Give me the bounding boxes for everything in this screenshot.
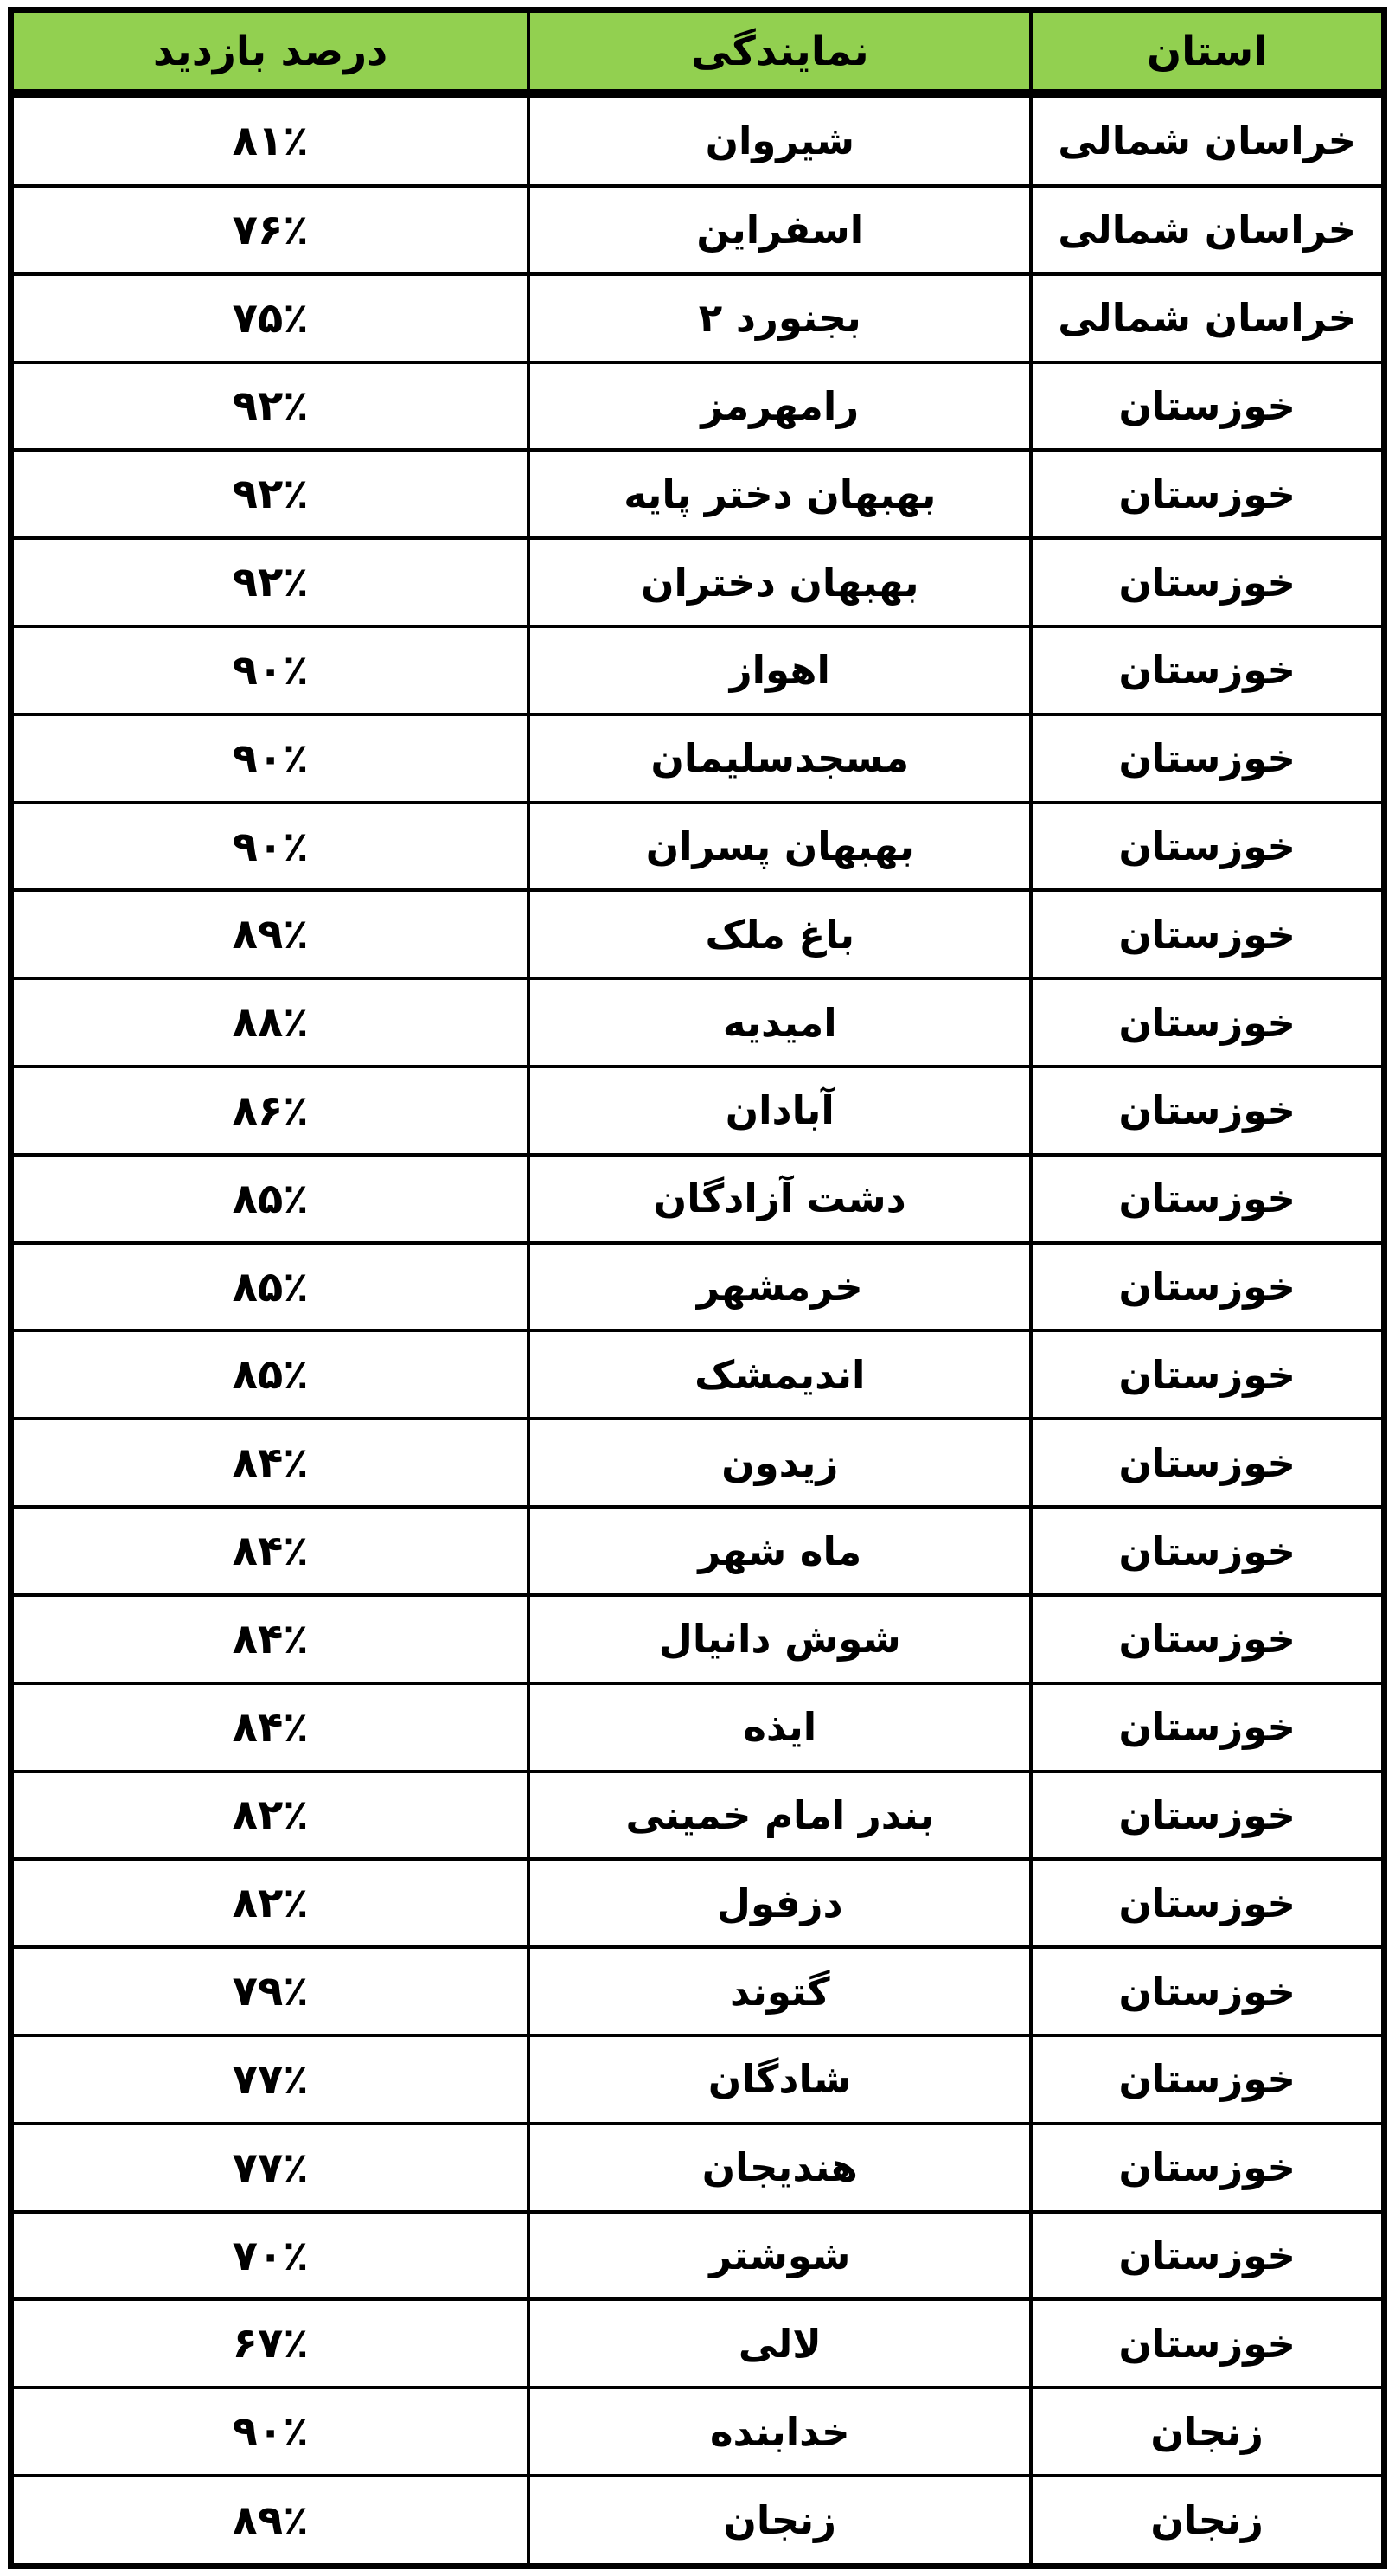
page: استان نمایندگی درصد بازدید خراسان شمالی … (0, 0, 1395, 2576)
percent-cell: ۸۵٪ (11, 1155, 529, 1243)
table-body: خراسان شمالی شیروان ۸۱٪ خراسان شمالی اسف… (11, 93, 1385, 2566)
table-row: خوزستان شادگان ۷۷٪ (11, 2035, 1385, 2124)
province-cell: زنجان (1031, 2387, 1384, 2476)
representative-cell: بهبهان دختران (528, 538, 1031, 626)
table-row: خوزستان بهبهان دختران ۹۲٪ (11, 538, 1385, 626)
province-cell: خراسان شمالی (1031, 186, 1384, 274)
header-representative: نمایندگی (528, 10, 1031, 94)
table-row: زنجان خدابنده ۹۰٪ (11, 2387, 1385, 2476)
header-province: استان (1031, 10, 1384, 94)
representative-cell: آبادان (528, 1067, 1031, 1155)
table-row: خوزستان مسجدسلیمان ۹۰٪ (11, 714, 1385, 803)
table-row: خوزستان دزفول ۸۲٪ (11, 1859, 1385, 1947)
province-cell: خوزستان (1031, 450, 1384, 538)
percent-cell: ۷۵٪ (11, 274, 529, 362)
table-row: خوزستان دشت آزادگان ۸۵٪ (11, 1155, 1385, 1243)
province-cell: خوزستان (1031, 2035, 1384, 2124)
representative-cell: بندر امام خمینی (528, 1772, 1031, 1860)
percent-cell: ۹۰٪ (11, 714, 529, 803)
percent-cell: ۸۴٪ (11, 1507, 529, 1595)
table-row: خوزستان شوش دانیال ۸۴٪ (11, 1595, 1385, 1683)
table-row: خوزستان شوشتر ۷۰٪ (11, 2212, 1385, 2300)
representative-cell: مسجدسلیمان (528, 714, 1031, 803)
table-row: خوزستان بهبهان دختر پایه ۹۲٪ (11, 450, 1385, 538)
representative-cell: زنجان (528, 2476, 1031, 2566)
header-row: استان نمایندگی درصد بازدید (11, 10, 1385, 94)
percent-cell: ۹۰٪ (11, 803, 529, 891)
province-cell: خوزستان (1031, 1947, 1384, 2035)
table-row: خوزستان اهواز ۹۰٪ (11, 626, 1385, 714)
province-cell: خوزستان (1031, 626, 1384, 714)
province-cell: خوزستان (1031, 1595, 1384, 1683)
table-row: خوزستان ماه شهر ۸۴٪ (11, 1507, 1385, 1595)
percent-cell: ۸۹٪ (11, 890, 529, 978)
representative-cell: بجنورد ۲ (528, 274, 1031, 362)
table-row: خوزستان زیدون ۸۴٪ (11, 1419, 1385, 1507)
table-row: خوزستان اندیمشک ۸۵٪ (11, 1330, 1385, 1419)
representative-cell: اندیمشک (528, 1330, 1031, 1419)
province-cell: خوزستان (1031, 1243, 1384, 1331)
province-cell: خوزستان (1031, 714, 1384, 803)
visit-percentage-table: استان نمایندگی درصد بازدید خراسان شمالی … (8, 7, 1387, 2569)
percent-cell: ۸۴٪ (11, 1595, 529, 1683)
representative-cell: لالی (528, 2299, 1031, 2387)
percent-cell: ۶۷٪ (11, 2299, 529, 2387)
representative-cell: زیدون (528, 1419, 1031, 1507)
province-cell: خوزستان (1031, 1155, 1384, 1243)
province-cell: خوزستان (1031, 2212, 1384, 2300)
percent-cell: ۸۵٪ (11, 1243, 529, 1331)
percent-cell: ۸۹٪ (11, 2476, 529, 2566)
table-row: خراسان شمالی بجنورد ۲ ۷۵٪ (11, 274, 1385, 362)
percent-cell: ۸۶٪ (11, 1067, 529, 1155)
percent-cell: ۹۲٪ (11, 450, 529, 538)
representative-cell: خدابنده (528, 2387, 1031, 2476)
representative-cell: اهواز (528, 626, 1031, 714)
header-percent: درصد بازدید (11, 10, 529, 94)
percent-cell: ۸۴٪ (11, 1419, 529, 1507)
percent-cell: ۷۶٪ (11, 186, 529, 274)
representative-cell: باغ ملک (528, 890, 1031, 978)
representative-cell: شادگان (528, 2035, 1031, 2124)
percent-cell: ۸۵٪ (11, 1330, 529, 1419)
province-cell: خوزستان (1031, 1772, 1384, 1860)
representative-cell: امیدیه (528, 978, 1031, 1067)
table-row: خوزستان لالی ۶۷٪ (11, 2299, 1385, 2387)
province-cell: خوزستان (1031, 1419, 1384, 1507)
representative-cell: شوش دانیال (528, 1595, 1031, 1683)
table-row: خوزستان ایذه ۸۴٪ (11, 1683, 1385, 1772)
table-row: خوزستان بندر امام خمینی ۸۲٪ (11, 1772, 1385, 1860)
percent-cell: ۸۲٪ (11, 1772, 529, 1860)
percent-cell: ۷۰٪ (11, 2212, 529, 2300)
province-cell: خوزستان (1031, 890, 1384, 978)
province-cell: خوزستان (1031, 2299, 1384, 2387)
table-row: خوزستان هندیجان ۷۷٪ (11, 2124, 1385, 2212)
table-row: خوزستان امیدیه ۸۸٪ (11, 978, 1385, 1067)
table-row: خراسان شمالی اسفراین ۷۶٪ (11, 186, 1385, 274)
table-header: استان نمایندگی درصد بازدید (11, 10, 1385, 94)
province-cell: خوزستان (1031, 538, 1384, 626)
representative-cell: بهبهان پسران (528, 803, 1031, 891)
province-cell: خوزستان (1031, 362, 1384, 451)
representative-cell: شیروان (528, 93, 1031, 186)
province-cell: خوزستان (1031, 1067, 1384, 1155)
representative-cell: گتوند (528, 1947, 1031, 2035)
province-cell: خوزستان (1031, 978, 1384, 1067)
table-row: خوزستان آبادان ۸۶٪ (11, 1067, 1385, 1155)
table-row: خوزستان رامهرمز ۹۲٪ (11, 362, 1385, 451)
representative-cell: خرمشهر (528, 1243, 1031, 1331)
province-cell: خوزستان (1031, 1683, 1384, 1772)
table-row: خراسان شمالی شیروان ۸۱٪ (11, 93, 1385, 186)
table-row: خوزستان خرمشهر ۸۵٪ (11, 1243, 1385, 1331)
percent-cell: ۸۲٪ (11, 1859, 529, 1947)
representative-cell: اسفراین (528, 186, 1031, 274)
province-cell: خراسان شمالی (1031, 274, 1384, 362)
representative-cell: دشت آزادگان (528, 1155, 1031, 1243)
percent-cell: ۹۰٪ (11, 626, 529, 714)
percent-cell: ۸۱٪ (11, 93, 529, 186)
percent-cell: ۹۰٪ (11, 2387, 529, 2476)
percent-cell: ۷۷٪ (11, 2124, 529, 2212)
representative-cell: ماه شهر (528, 1507, 1031, 1595)
table-row: خوزستان بهبهان پسران ۹۰٪ (11, 803, 1385, 891)
table-row: خوزستان گتوند ۷۹٪ (11, 1947, 1385, 2035)
province-cell: خوزستان (1031, 1859, 1384, 1947)
percent-cell: ۷۹٪ (11, 1947, 529, 2035)
representative-cell: بهبهان دختر پایه (528, 450, 1031, 538)
percent-cell: ۸۴٪ (11, 1683, 529, 1772)
province-cell: خوزستان (1031, 2124, 1384, 2212)
province-cell: زنجان (1031, 2476, 1384, 2566)
representative-cell: رامهرمز (528, 362, 1031, 451)
province-cell: خوزستان (1031, 1330, 1384, 1419)
province-cell: خوزستان (1031, 1507, 1384, 1595)
representative-cell: شوشتر (528, 2212, 1031, 2300)
representative-cell: هندیجان (528, 2124, 1031, 2212)
representative-cell: ایذه (528, 1683, 1031, 1772)
percent-cell: ۷۷٪ (11, 2035, 529, 2124)
percent-cell: ۹۲٪ (11, 538, 529, 626)
table-row: خوزستان باغ ملک ۸۹٪ (11, 890, 1385, 978)
representative-cell: دزفول (528, 1859, 1031, 1947)
percent-cell: ۹۲٪ (11, 362, 529, 451)
percent-cell: ۸۸٪ (11, 978, 529, 1067)
province-cell: خراسان شمالی (1031, 93, 1384, 186)
table-row: زنجان زنجان ۸۹٪ (11, 2476, 1385, 2566)
province-cell: خوزستان (1031, 803, 1384, 891)
